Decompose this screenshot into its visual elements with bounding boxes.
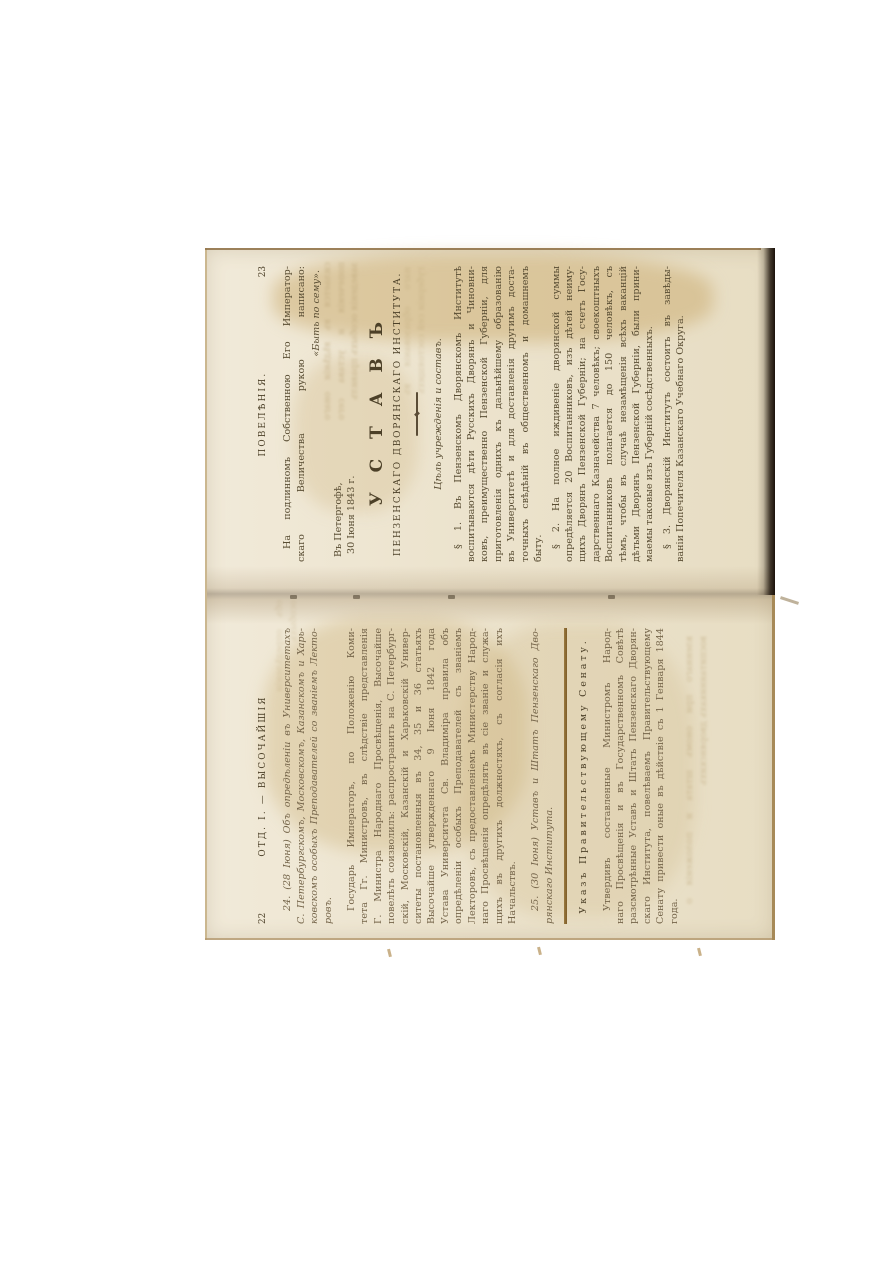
running-head-page-22: 22 ОТД. I. — ВЫСОЧАЙШІЯ: [257, 628, 270, 924]
text-line: наго Просвѣщенія опредѣлять въ сіе звані…: [479, 628, 492, 924]
binding-stitch: [290, 595, 297, 599]
text-line: Устава Университета Св. Владиміра правил…: [439, 628, 452, 924]
screenshot-canvas: { "colors": { "paper": "#ece3cd", "ink_r…: [0, 0, 893, 1263]
text-line: опредѣляется 20 Воспитанниковъ, изъ дѣте…: [563, 266, 576, 562]
text-line: въ Университетѣ и для доставленія другим…: [505, 266, 518, 562]
text-line: тета Гг. Министровъ, въ слѣдствіе предст…: [358, 628, 371, 924]
text-line: На подлинномъ Собственною Его Император-: [281, 266, 294, 562]
place-line: Въ Петергофѣ,: [332, 266, 345, 562]
section-heading: Цѣль учрежденія и составъ.: [432, 266, 445, 562]
book-edge-shadow: [757, 248, 775, 595]
text-line: Начальствъ.: [506, 628, 519, 924]
text-line: ваніи Попечителя Казанскаго Учебнаго Окр…: [674, 266, 687, 562]
rotated-scan-canvas: силается въ вѣдѣніи онаго попеченія и ус…: [0, 0, 893, 1263]
text-line: ровъ.: [322, 628, 335, 924]
text-line: маемы таковые изъ Губерній сосѣдственных…: [643, 266, 656, 562]
binding-stitch: [608, 595, 615, 599]
text-line: Сенату привести оные въ дѣйствіе съ 1 Ге…: [654, 628, 667, 924]
spacer: [324, 266, 332, 562]
text-line: точныхъ свѣдѣній въ общественномъ и дома…: [519, 266, 532, 562]
text-line: разсмотрѣнные Уставъ и Штатъ Пензенскаго…: [627, 628, 640, 924]
spacer: [519, 628, 529, 924]
text-line: тѣмъ, чтобы въ случаѣ незамѣщенія всѣхъ …: [617, 266, 630, 562]
page22-fore-edge: [205, 938, 775, 940]
text-line: § 1. Въ Пензенскомъ Дворянскомъ Институт…: [452, 266, 465, 562]
page22-bottom-edge: [772, 595, 775, 940]
text-line: опредѣленіи особыхъ Преподавателей съ зв…: [452, 628, 465, 924]
text-line: приготовленія однихъ къ дальнѣйшему обра…: [492, 266, 505, 562]
text-line: 25. (30 Іюня) Уставъ и Штатъ Пензенскаго…: [529, 628, 542, 924]
date-line: 30 Іюня 1843 г.: [345, 266, 358, 562]
text-line: быту.: [532, 266, 545, 562]
text-line: С. Петербургскомъ, Московскомъ, Казанско…: [295, 628, 308, 924]
text-line: скаго Института, повелѣваемъ Правительст…: [641, 628, 654, 924]
text-line: скаго Величества рукою написано:: [295, 266, 308, 562]
text-line: рянскаго Института.: [543, 628, 556, 924]
text-line: наго Просвѣщенія и въ Государственномъ С…: [614, 628, 627, 924]
text-line: ковъ, преимущественно Пензенской Губерні…: [478, 266, 491, 562]
text-line: Лекторовъ, съ предоставленіемъ Министерс…: [466, 628, 479, 924]
binding-thread: [780, 596, 799, 605]
running-head-title: ОТД. I. — ВЫСОЧАЙШІЯ: [258, 695, 268, 856]
text-line: дарственнаго Казначейства 7 человѣкъ; св…: [590, 266, 603, 562]
text-line: Высочайше утвержденнаго 9 Іюня 1842 года: [425, 628, 438, 924]
running-head-page-23: ПОВЕЛѢНІЯ. 23: [257, 266, 270, 562]
imperial-resolution: «Быть по сему».: [310, 266, 323, 562]
text-line: 24. (28 Іюня) Объ опредѣленіи въ Универс…: [281, 628, 294, 924]
text-line: Воспитанниковъ полагается до 150 человѣк…: [603, 266, 616, 562]
text-line: щихъ Дворянъ Пензенской Губерніи; на сче…: [576, 266, 589, 562]
page23-fore-edge: [205, 248, 761, 251]
page-number-22: 22: [257, 913, 270, 924]
separator-rule: [564, 628, 567, 924]
spacer: [335, 628, 345, 924]
page-number-23: 23: [257, 266, 270, 277]
loose-page-edge: [537, 947, 541, 955]
text-line: § 2. На полное иждивеніе дворянской сумм…: [550, 266, 563, 562]
book-page-23: ПОВЕЛѢНІЯ. 23 На подлинномъ Собственною …: [257, 266, 688, 562]
scanned-book-spread: силается въ вѣдѣніи онаго попеченія и ус…: [205, 248, 775, 940]
ustav-subtitle: ПЕНЗЕНСКАГО ДВОРЯНСКАГО ИНСТИТУТА.: [392, 266, 405, 562]
book-page-22: 22 ОТД. I. — ВЫСОЧАЙШІЯ 24. (28 Іюня) Об…: [257, 628, 681, 924]
text-line: Утвердивъ составленные Министромъ Народ-: [601, 628, 614, 924]
text-line: повелѣть соизволилъ: распространить на С…: [385, 628, 398, 924]
text-line: дѣтьми Дворянъ Пензенской Губерніи, были…: [630, 266, 643, 562]
text-line: ситеты постановленныя въ 34, 35 и 36 ста…: [412, 628, 425, 924]
text-line: Г. Министра Народнаго Просвѣщенія, Высоч…: [372, 628, 385, 924]
loose-page-edge: [697, 948, 701, 956]
text-line: Государь Императоръ, по Положенію Коми-: [345, 628, 358, 924]
title-ornament: [414, 392, 419, 436]
binding-stitch: [448, 595, 455, 599]
text-line: ковскомъ особыхъ Преподавателей со звані…: [308, 628, 321, 924]
bleed-through-text: вленнаго при ономъ штата и положенія о в…: [683, 636, 710, 904]
paper-top-edge: [205, 248, 207, 940]
text-line: § 3. Дворянскій Институтъ состоитъ въ за…: [661, 266, 674, 562]
ukaz-heading: Указъ Правительствующему Сенату.: [577, 628, 590, 924]
text-line: года.: [668, 628, 681, 924]
loose-page-edge: [387, 949, 391, 957]
text-line: скій, Московскій, Казанскій и Харьковскі…: [399, 628, 412, 924]
text-line: щихъ въ другихъ должностяхъ, съ согласія…: [493, 628, 506, 924]
ustav-title: У С Т А В Ъ: [371, 266, 384, 562]
binding-stitch: [353, 595, 360, 599]
running-head-title: ПОВЕЛѢНІЯ.: [258, 372, 268, 457]
text-line: воспитываются дѣти Русскихъ Дворянъ и Чи…: [465, 266, 478, 562]
